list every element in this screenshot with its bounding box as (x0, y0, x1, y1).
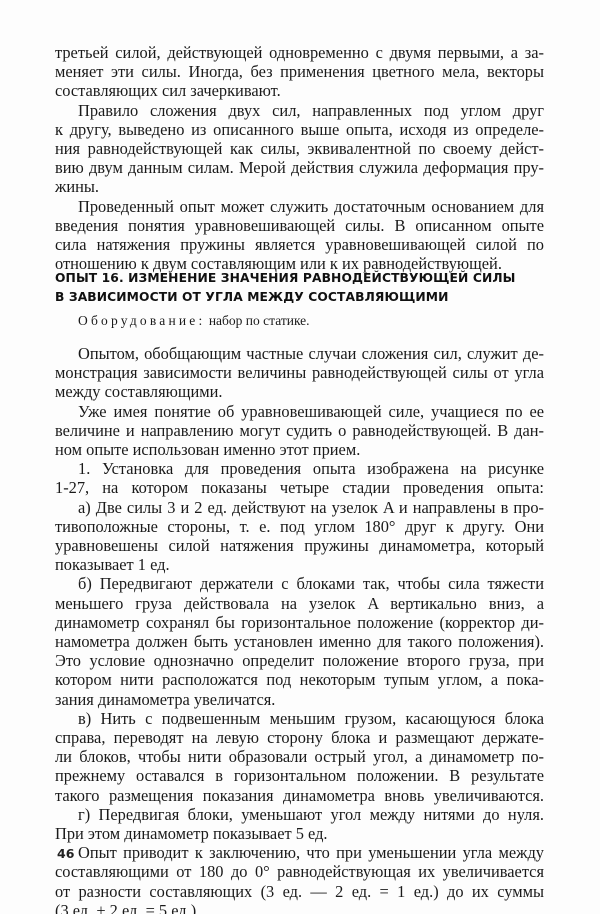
text-line: вию двум данным силам. Мерой действия сл… (55, 158, 544, 177)
equipment-line: Оборудование: набор по статике. (78, 313, 310, 329)
text-line: показывает 1 ед. (55, 555, 544, 574)
text-line: справа, переводят на левую сторону блока… (55, 728, 544, 747)
body-paragraphs: Опытом, обобщающим частные случаи сложен… (55, 344, 544, 914)
text-line: 1. Установка для проведения опыта изобра… (55, 459, 544, 478)
text-line: тивоположные стороны, т. е. под углом 18… (55, 517, 544, 536)
text-line: намометра должен быть установлен именно … (55, 632, 544, 651)
text-line: введения понятия уравновешивающей силы. … (55, 216, 544, 235)
text-line: между составляющими. (55, 382, 544, 401)
text-line: Опытом, обобщающим частные случаи сложен… (55, 344, 544, 363)
text-line: Это условие однозначно определит положен… (55, 651, 544, 670)
text-line: ном опыте использован именно этот прием. (55, 440, 544, 459)
text-line: сила натяжения пружины является уравнове… (55, 235, 544, 254)
text-line: а) Две силы 3 и 2 ед. действуют на узело… (55, 498, 544, 517)
text-line: Правило сложения двух сил, направленных … (55, 101, 544, 120)
text-line: монстрация зависимости величины равнодей… (55, 363, 544, 382)
text-line: При этом динамометр показывает 5 ед. (55, 824, 544, 843)
text-line: (3 ед. + 2 ед. = 5 ед.). (55, 901, 544, 914)
text-line: составляющих сил зачеркивают. (55, 81, 544, 100)
text-line: третьей силой, действующей одновременно … (55, 43, 544, 62)
text-line: величине и направлению могут судить о ра… (55, 421, 544, 440)
text-line: г) Передвигая блоки, уменьшают угол межд… (55, 805, 544, 824)
intro-paragraphs: третьей силой, действующей одновременно … (55, 43, 544, 273)
text-line: ли блоков, чтобы нити образовали острый … (55, 747, 544, 766)
experiment-heading: ОПЫТ 16. ИЗМЕНЕНИЕ ЗНАЧЕНИЯ РАВНОДЕЙСТВУ… (55, 269, 544, 307)
text-line: Уже имея понятие об уравновешивающей сил… (55, 402, 544, 421)
text-line: котором нити расположатся под некоторым … (55, 670, 544, 689)
text-line: меняет эти силы. Иногда, без применения … (55, 62, 544, 81)
text-line: составляющими от 180 до 0° равнодействую… (55, 862, 544, 881)
text-line: Опыт приводит к заключению, что при умен… (55, 843, 544, 862)
page-number: 46 (57, 846, 74, 861)
equipment-label: Оборудование: (78, 313, 205, 328)
heading-line-2: В ЗАВИСИМОСТИ ОТ УГЛА МЕЖДУ СОСТАВЛЯЮЩИМ… (55, 288, 544, 307)
text-line: динамометр сохранял бы горизонтальное по… (55, 613, 544, 632)
equipment-value: набор по статике. (209, 313, 310, 328)
text-line: меньшего груза действовала на узелок A в… (55, 594, 544, 613)
text-line: к другу, выведено из описанного выше опы… (55, 120, 544, 139)
text-line: ния равнодействующей как силы, эквивален… (55, 139, 544, 158)
text-line: б) Передвигают держатели с блоками так, … (55, 574, 544, 593)
text-line: Проведенный опыт может служить достаточн… (55, 197, 544, 216)
text-line: 1-27, на котором показаны четыре стадии … (55, 478, 544, 497)
text-line: прежнему оставался в горизонтальном поло… (55, 766, 544, 785)
text-line: зания динамометра увеличатся. (55, 690, 544, 709)
heading-line-1: ОПЫТ 16. ИЗМЕНЕНИЕ ЗНАЧЕНИЯ РАВНОДЕЙСТВУ… (55, 269, 544, 288)
text-line: в) Нить с подвешенным меньшим грузом, ка… (55, 709, 544, 728)
text-line: от разности составляющих (3 ед. — 2 ед. … (55, 882, 544, 901)
text-line: жины. (55, 177, 544, 196)
text-line: уравновешены силой натяжения пружины дин… (55, 536, 544, 555)
book-page: третьей силой, действующей одновременно … (0, 0, 600, 914)
text-line: такого размещения показания динамометра … (55, 786, 544, 805)
